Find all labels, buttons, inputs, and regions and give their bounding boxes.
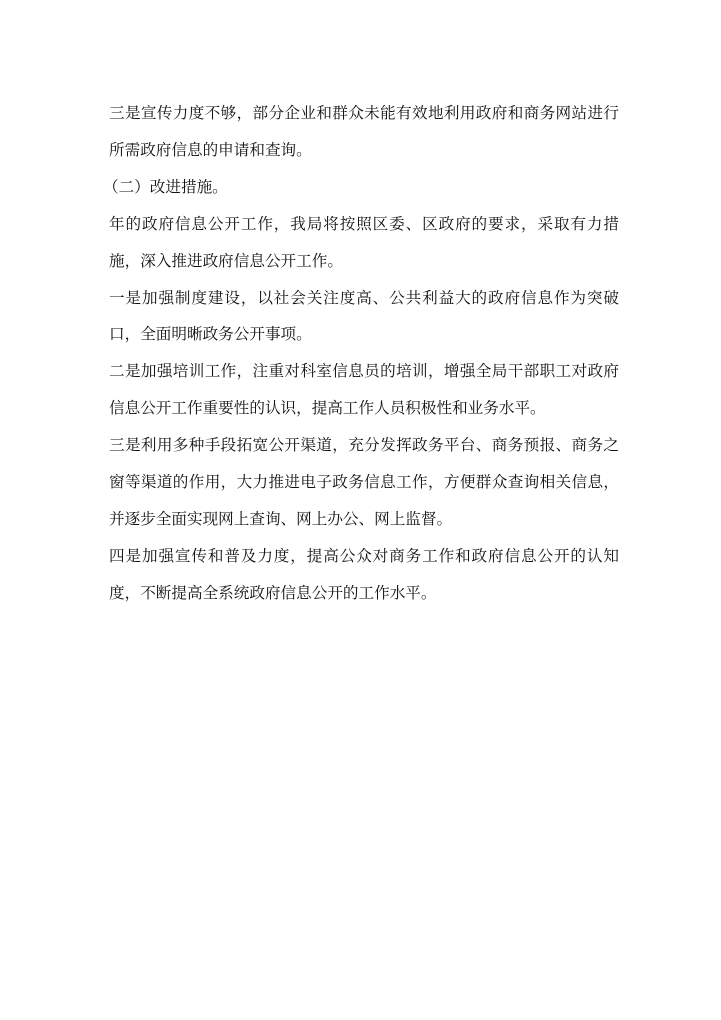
paragraph-measure-4-publicity: 四是加强宣传和普及力度，提高公众对商务工作和政府信息公开的认知度，不断提高全系统… [109, 538, 619, 612]
document-page: 三是宣传力度不够，部分企业和群众未能有效地利用政府和商务网站进行所需政府信息的申… [109, 95, 619, 612]
paragraph-measure-1-system-building: 一是加强制度建设，以社会关注度高、公共利益大的政府信息作为突破口，全面明晰政务公… [109, 280, 619, 354]
section-heading-improvement-measures: （二）改进措施。 [103, 169, 619, 206]
paragraph-measure-3-channels: 三是利用多种手段拓宽公开渠道，充分发挥政务平台、商务预报、商务之窗等渠道的作用，… [109, 427, 619, 538]
paragraph-intro-plan: 年的政府信息公开工作，我局将按照区委、区政府的要求，采取有力措施，深入推进政府信… [109, 206, 619, 280]
paragraph-measure-2-training: 二是加强培训工作，注重对科室信息员的培训，增强全局干部职工对政府信息公开工作重要… [109, 353, 619, 427]
paragraph-publicity-shortfall: 三是宣传力度不够，部分企业和群众未能有效地利用政府和商务网站进行所需政府信息的申… [109, 95, 619, 169]
